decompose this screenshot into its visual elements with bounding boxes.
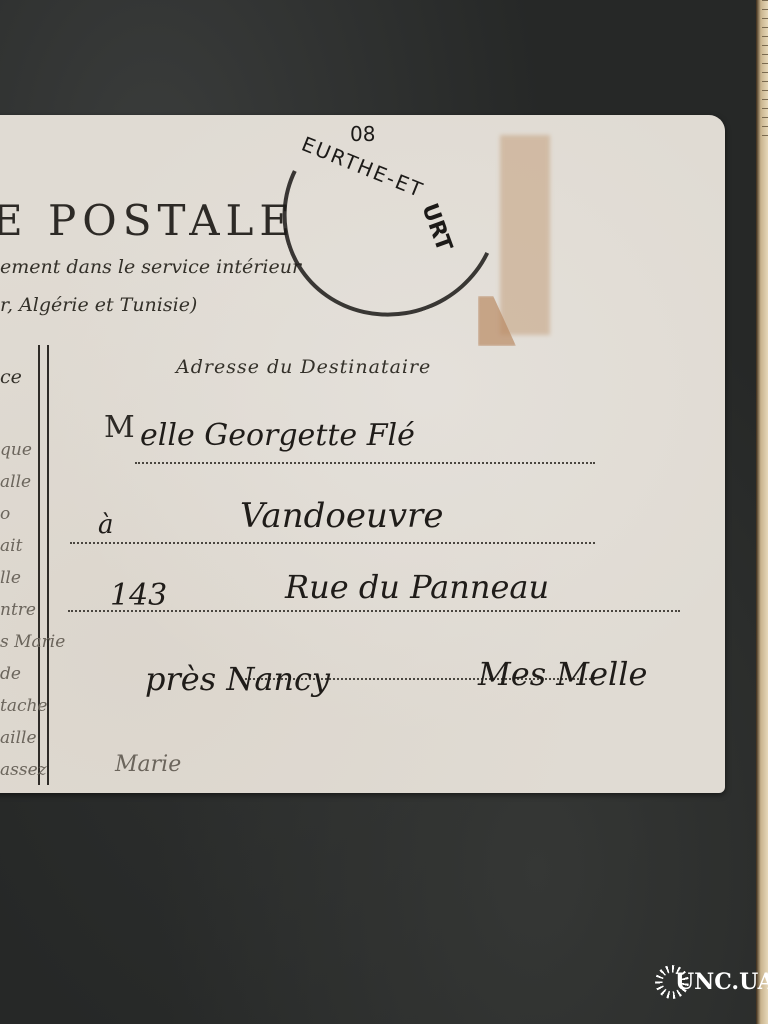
printed-m: M xyxy=(104,410,135,445)
postmark-date: 08 xyxy=(350,122,375,146)
margin-note: tache xyxy=(0,696,40,728)
margin-note: aille xyxy=(0,728,40,760)
margin-note: ait xyxy=(0,536,40,568)
street-number: 143 xyxy=(110,578,167,613)
address-line-2 xyxy=(70,542,595,544)
recipient-name: elle Georgette Flé xyxy=(140,418,415,453)
subtitle-line-1: ement dans le service intérieur xyxy=(0,256,301,278)
address-label: Adresse du Destinataire xyxy=(176,356,431,378)
left-margin-notes: que alle o ait lle ntre s Marie de tache… xyxy=(0,440,40,792)
margin-note: que xyxy=(0,440,40,472)
watermark-logo: UNC.UA xyxy=(655,965,768,999)
signature: Mes Melle xyxy=(478,655,647,693)
bottom-note: Marie xyxy=(115,752,181,777)
margin-note: assez xyxy=(0,760,40,792)
recipient-region: près Nancy xyxy=(145,660,330,698)
ruler-ticks xyxy=(762,0,768,140)
stamp-residue xyxy=(500,135,550,335)
subtitle-line-2: r, Algérie et Tunisie) xyxy=(0,294,197,316)
margin-note: s Marie xyxy=(0,632,40,664)
margin-note: de xyxy=(0,664,40,696)
correspondence-label: ce xyxy=(0,366,22,388)
address-line-1 xyxy=(135,462,595,464)
margin-note: ntre xyxy=(0,600,40,632)
wooden-frame-edge xyxy=(756,0,768,1024)
column-divider-right xyxy=(47,345,49,785)
sunburst-icon xyxy=(655,965,689,999)
margin-note: alle xyxy=(0,472,40,504)
prefix-a: à xyxy=(98,510,114,540)
postcard-title: E POSTALE xyxy=(0,196,296,245)
street-name: Rue du Panneau xyxy=(285,568,549,606)
margin-note: lle xyxy=(0,568,40,600)
recipient-city: Vandoeuvre xyxy=(240,496,443,536)
margin-note: o xyxy=(0,504,40,536)
